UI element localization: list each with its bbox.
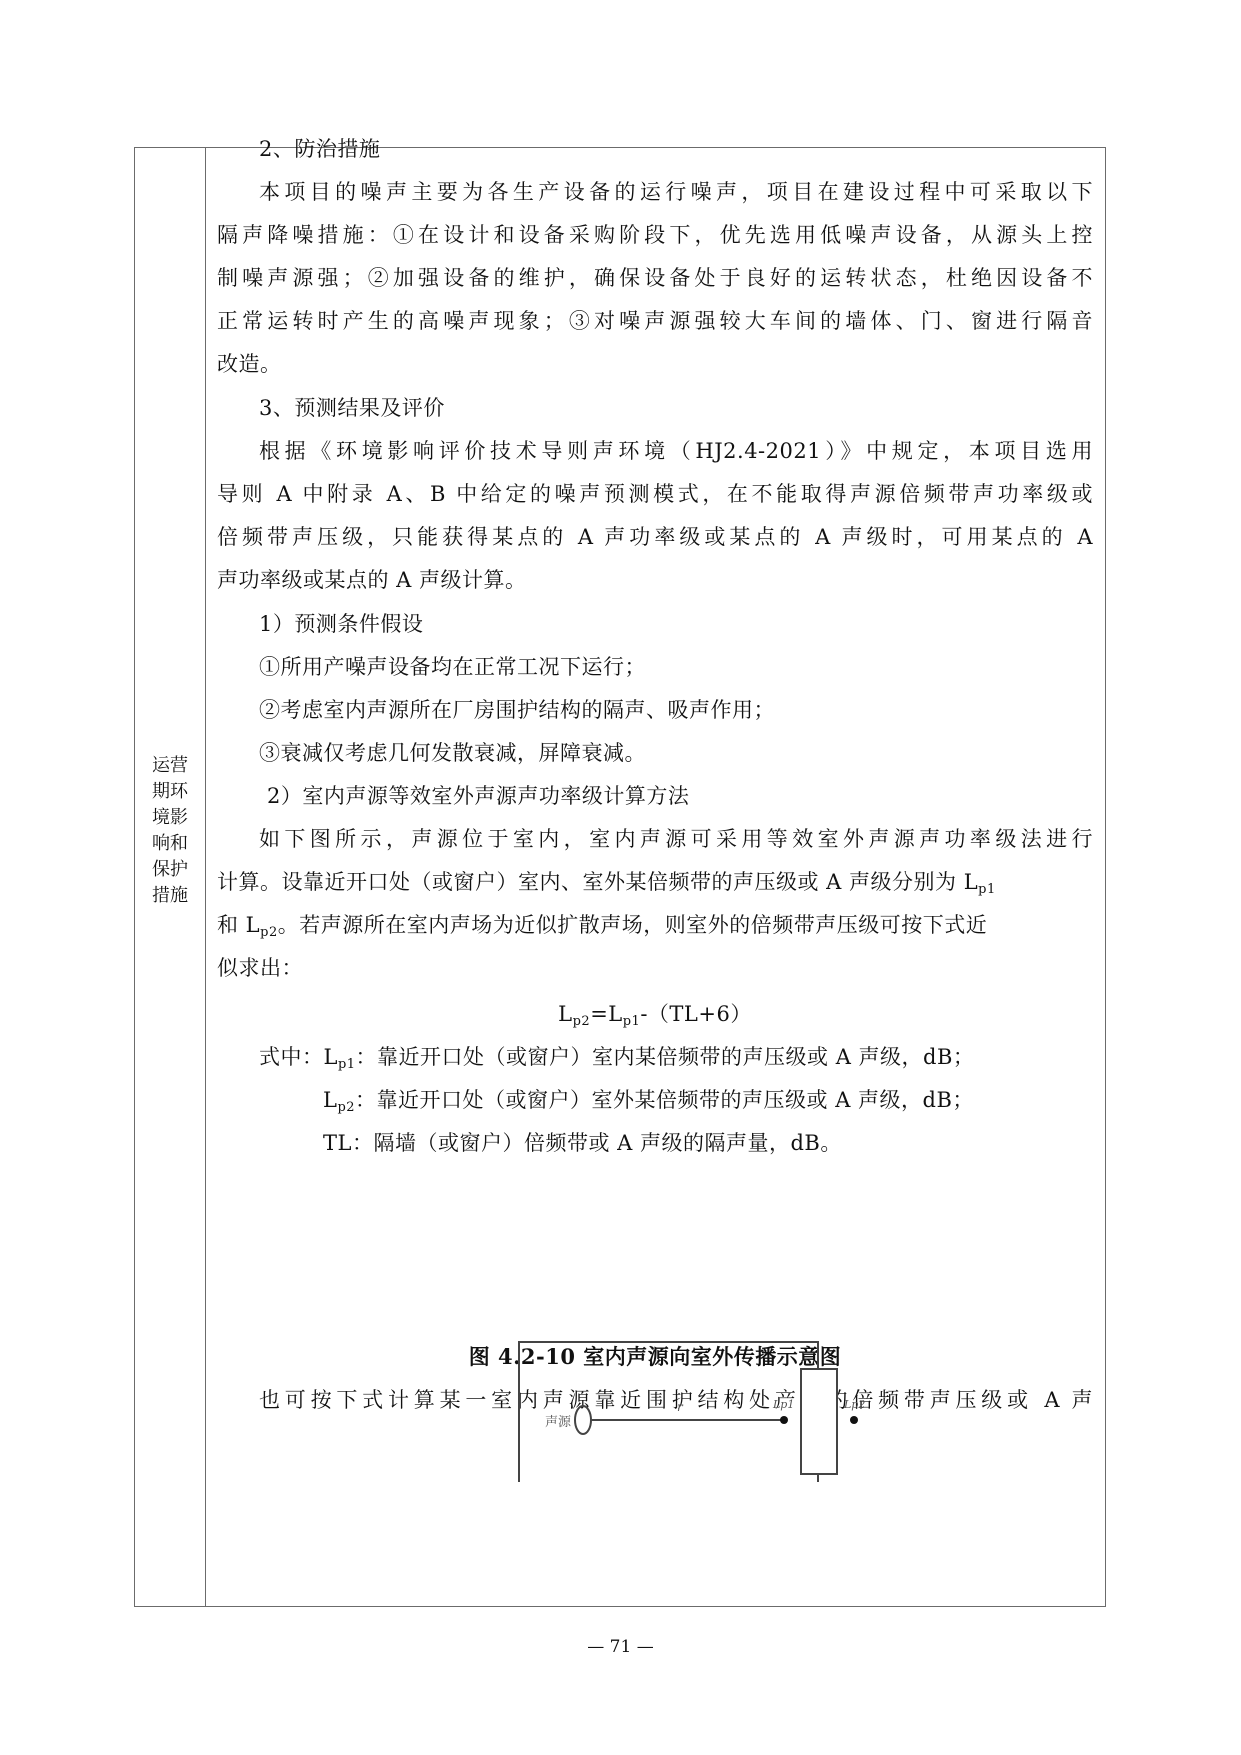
row-label-line: 运营: [135, 753, 205, 779]
wall-block: [801, 1369, 837, 1474]
paragraph-line: 倍频带声压级，只能获得某点的 A 声功率级或某点的 A 声级时，可用某点的 A: [217, 522, 1093, 552]
column-divider: [205, 148, 206, 1606]
where-line: TL：隔墙（或窗户）倍频带或 A 声级的隔声量，dB。: [217, 1128, 1093, 1158]
formula-part: L: [558, 1002, 572, 1026]
paragraph-line: 正常运转时产生的高噪声现象；③对噪声源强较大车间的墙体、门、窗进行隔音: [217, 306, 1093, 336]
definition: ：隔墙（或窗户）倍频带或 A 声级的隔声量，dB。: [352, 1131, 842, 1155]
text: 和 L: [217, 913, 260, 937]
lp2-point-icon: [850, 1416, 858, 1424]
text: 计算。设靠近开口处（或窗户）室内、室外某倍频带的声压级或 A 声级分别为 L: [217, 870, 978, 894]
list-item: ①所用产噪声设备均在正常工况下运行；: [217, 652, 1093, 682]
definition: ：靠近开口处（或窗户）室外某倍频带的声压级或 A 声级，dB；: [355, 1088, 974, 1112]
distance-label: r: [677, 1400, 684, 1414]
where-prefix: 式中：: [259, 1045, 324, 1069]
section-heading: 2、防治措施: [217, 134, 1093, 164]
row-label-line: 期环: [135, 779, 205, 805]
formula-part: -（TL+6）: [640, 1002, 752, 1026]
row-label-line: 保护: [135, 857, 205, 883]
subscript: p2: [337, 1100, 355, 1115]
paragraph-line: 如下图所示，声源位于室内，室内声源可采用等效室外声源声功率级法进行: [217, 824, 1093, 854]
lp1-point-icon: [780, 1416, 788, 1424]
room-outline: [519, 1342, 818, 1482]
source-label: 声源: [545, 1415, 572, 1430]
text: 。若声源所在室内声场为近似扩散声场，则室外的倍频带声压级可按下式近: [278, 913, 988, 937]
subscript: p1: [978, 882, 996, 897]
subsection-heading: 2）室内声源等效室外声源声功率级计算方法: [217, 781, 1093, 811]
lp2-label: Lp2: [843, 1398, 865, 1411]
paragraph-line: 导则 A 中附录 A、B 中给定的噪声预测模式，在不能取得声源倍频带声功率级或: [217, 479, 1093, 509]
subscript: p2: [573, 1014, 591, 1029]
row-label-line: 境影: [135, 805, 205, 831]
list-item: ②考虑室内声源所在厂房围护结构的隔声、吸声作用；: [217, 695, 1093, 725]
row-label-line: 措施: [135, 883, 205, 909]
symbol: TL: [323, 1131, 352, 1155]
subscript: p2: [260, 925, 278, 940]
paragraph-line: 本项目的噪声主要为各生产设备的运行噪声，项目在建设过程中可采取以下: [217, 177, 1093, 207]
paragraph-line: 根据《环境影响评价技术导则声环境（HJ2.4-2021）》中规定，本项目选用: [217, 436, 1093, 466]
symbol: L: [323, 1088, 337, 1112]
source-icon: [575, 1406, 591, 1434]
paragraph-line: 和 Lp2。若声源所在室内声场为近似扩散声场，则室外的倍频带声压级可按下式近: [217, 910, 1093, 940]
formula-part: =L: [590, 1002, 623, 1026]
where-line: 式中：Lp1：靠近开口处（或窗户）室内某倍频带的声压级或 A 声级，dB；: [217, 1042, 1093, 1072]
formula: Lp2=Lp1-（TL+6）: [217, 999, 1093, 1029]
subscript: p1: [338, 1057, 356, 1072]
paragraph-line: 隔声降噪措施：①在设计和设备采购阶段下，优先选用低噪声设备，从源头上控: [217, 220, 1093, 250]
list-item: ③衰减仅考虑几何发散衰减，屏障衰减。: [217, 738, 1093, 768]
row-label: 运营 期环 境影 响和 保护 措施: [135, 753, 205, 909]
subscript: p1: [623, 1014, 641, 1029]
paragraph-line: 制噪声源强；②加强设备的维护，确保设备处于良好的运转状态，杜绝因设备不: [217, 263, 1093, 293]
diagram-svg: 声源 r Lp1 Lp2: [505, 1322, 885, 1482]
symbol: L: [324, 1045, 338, 1069]
propagation-diagram: 声源 r Lp1 Lp2: [505, 1322, 885, 1472]
paragraph-line: 似求出：: [217, 953, 1093, 983]
subsection-heading: 1）预测条件假设: [217, 609, 1093, 639]
lp1-label: Lp1: [772, 1398, 794, 1411]
paragraph-line: 声功率级或某点的 A 声级计算。: [217, 565, 1093, 595]
definition: ：靠近开口处（或窗户）室内某倍频带的声压级或 A 声级，dB；: [356, 1045, 975, 1069]
paragraph-line: 改造。: [217, 349, 1093, 379]
page-number: — 71 —: [0, 1637, 1241, 1657]
section-heading: 3、预测结果及评价: [217, 393, 1093, 423]
row-label-line: 响和: [135, 831, 205, 857]
paragraph-line: 计算。设靠近开口处（或窗户）室内、室外某倍频带的声压级或 A 声级分别为 Lp1: [217, 867, 1093, 897]
where-line: Lp2：靠近开口处（或窗户）室外某倍频带的声压级或 A 声级，dB；: [217, 1085, 1093, 1115]
